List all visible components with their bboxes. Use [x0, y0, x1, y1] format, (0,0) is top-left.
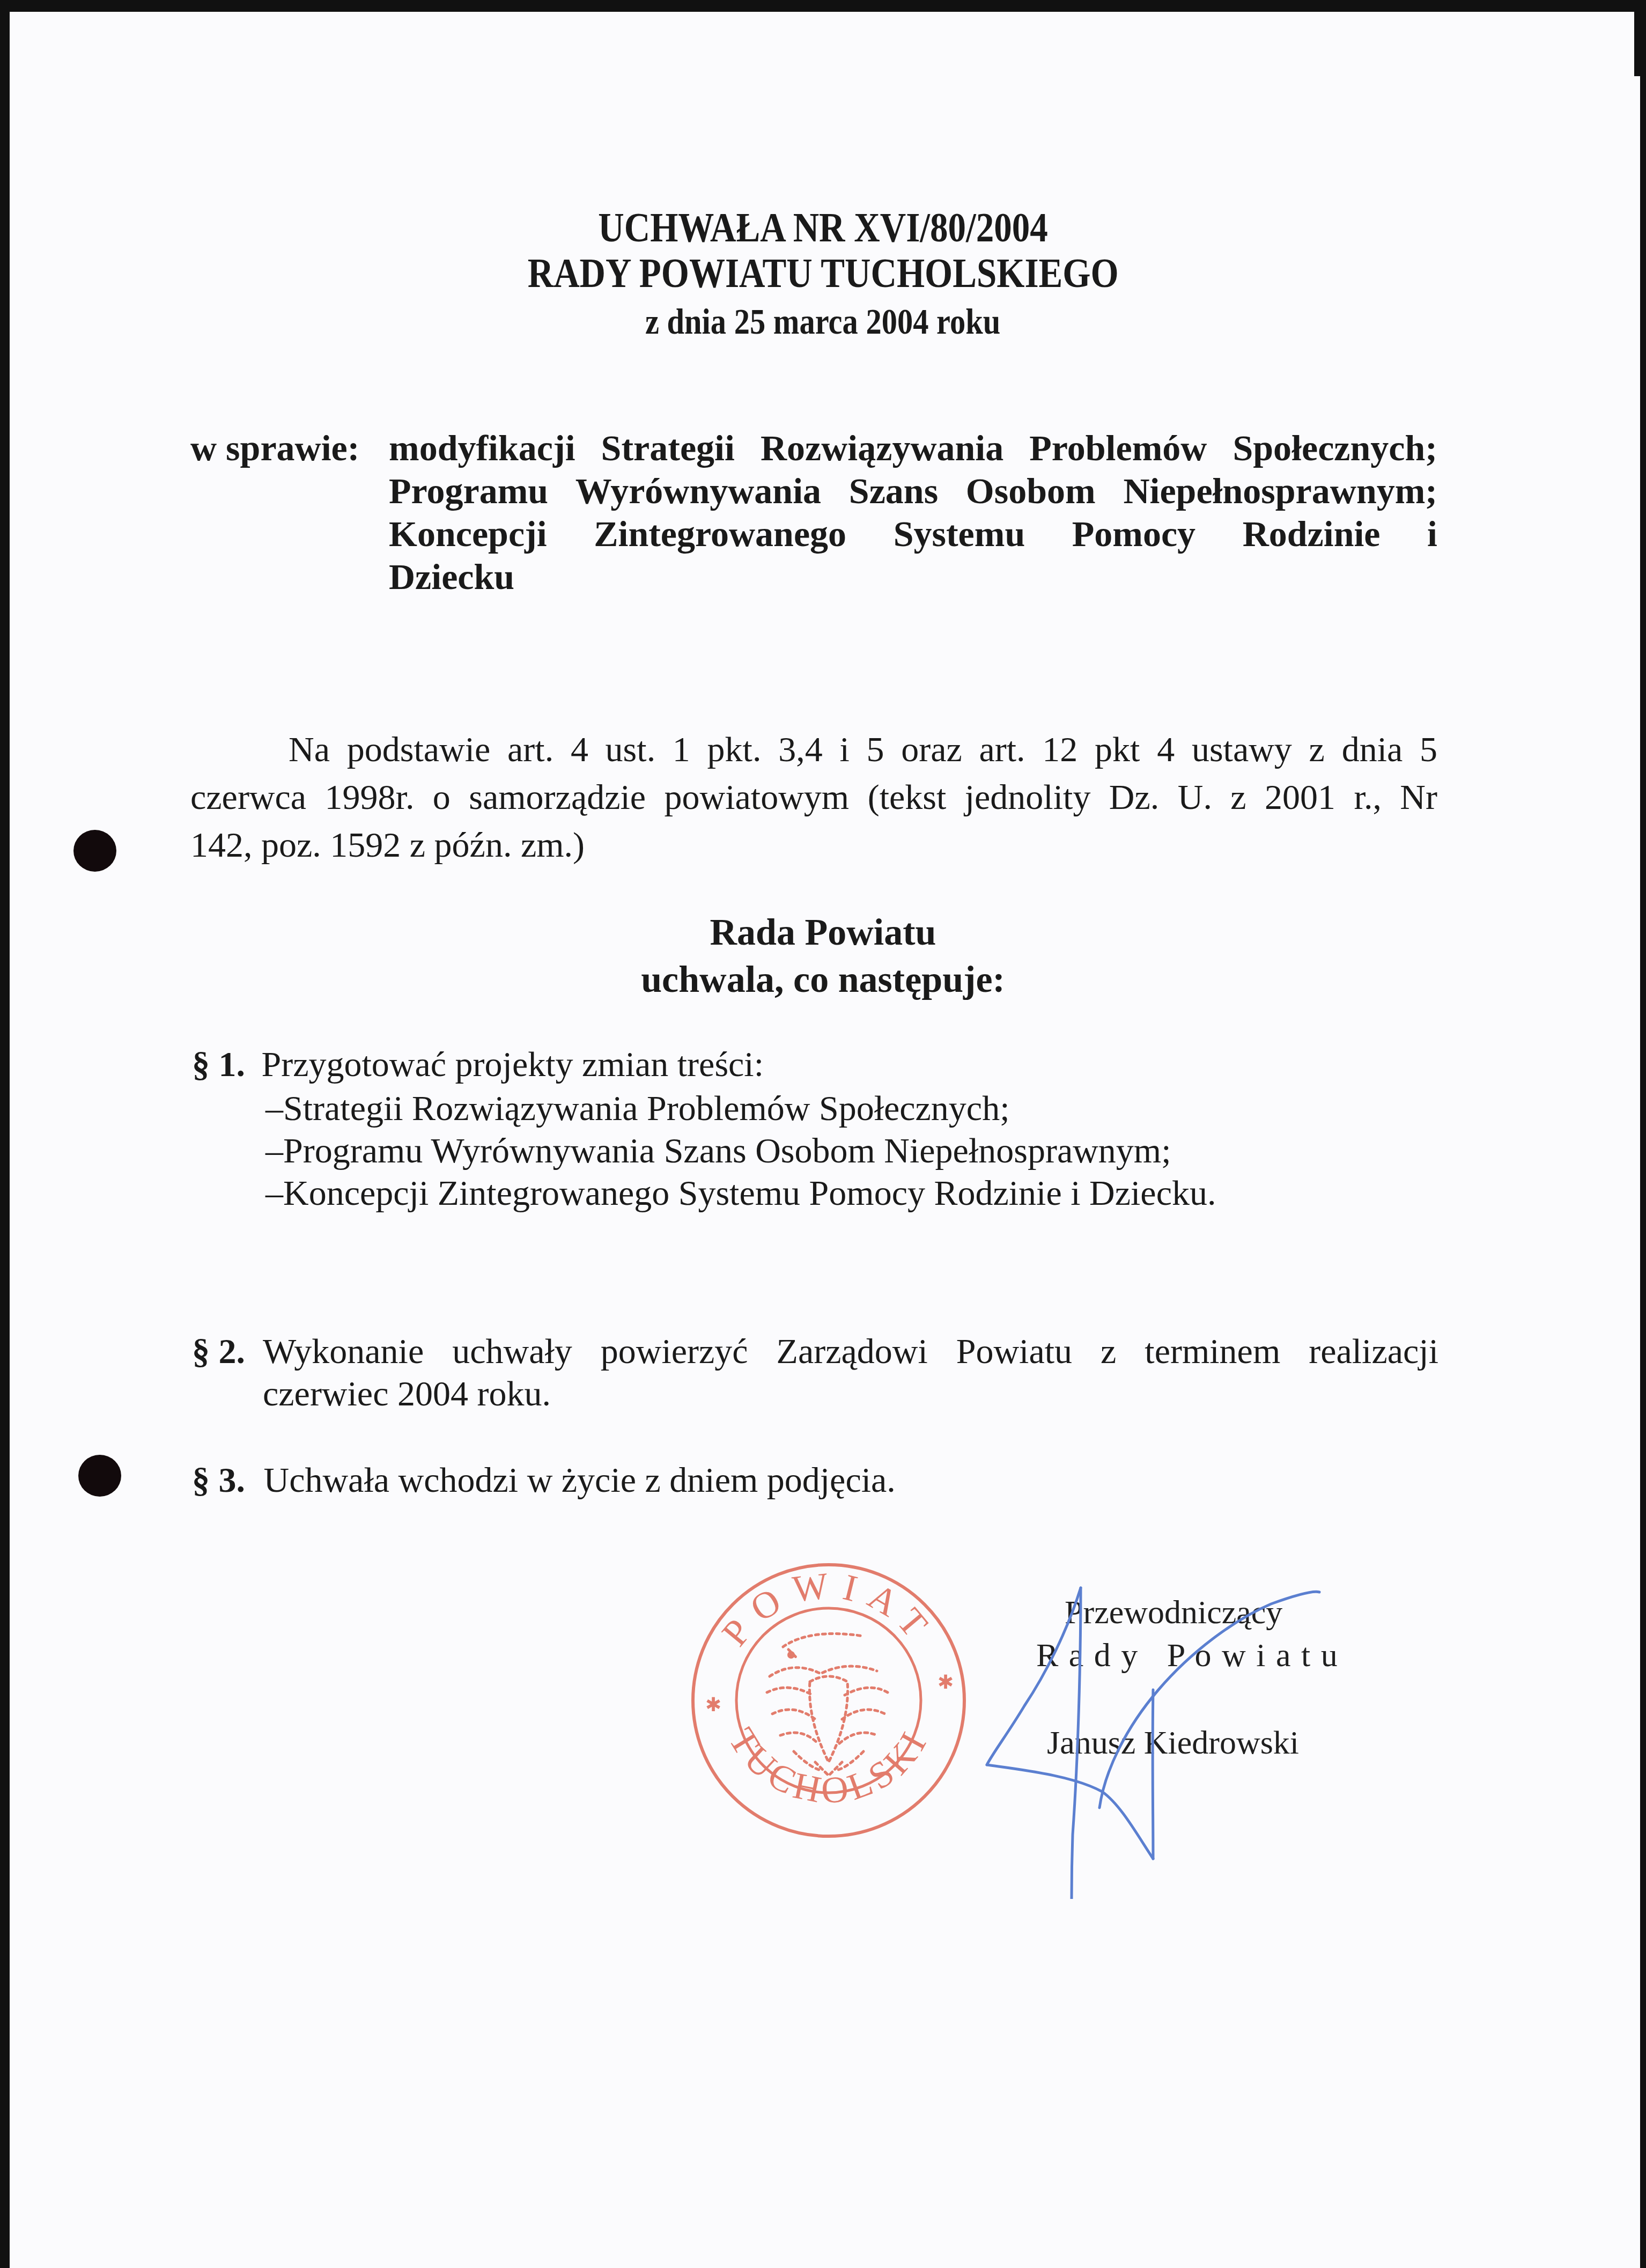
subject-text: modyfikacji Strategii Rozwiązywania Prob… — [389, 426, 1437, 598]
svg-text:✱: ✱ — [938, 1671, 954, 1693]
subject-line: Programu Wyrównywania Szans Osobom Niepe… — [389, 469, 1437, 512]
council-heading: Rada Powiatu — [0, 910, 1646, 955]
list-item: –Koncepcji Zintegrowanego Systemu Pomocy… — [265, 1172, 1216, 1214]
list-item: –Strategii Rozwiązywania Problemów Społe… — [265, 1087, 1216, 1130]
legal-basis: Na podstawie art. 4 ust. 1 pkt. 3,4 i 5 … — [190, 726, 1437, 869]
official-stamp: POWIAT TUCHOLSKI ✱ ✱ — [687, 1558, 971, 1843]
subject-label: w sprawie: — [190, 426, 359, 469]
resolution-date: z dnia 25 marca 2004 roku — [0, 300, 1646, 342]
paragraph-2-text: Wykonanie uchwały powierzyć Zarządowi Po… — [263, 1330, 1438, 1415]
list-item: –Programu Wyrównywania Szans Osobom Niep… — [265, 1130, 1216, 1172]
stamp-text-bottom: TUCHOLSKI — [720, 1721, 936, 1812]
legal-basis-line: czerwca 1998r. o samorządzie powiatowym … — [190, 774, 1437, 821]
signatory-body: R a d y P o w i a t u — [1036, 1639, 1339, 1672]
signatory-name: Janusz Kiedrowski — [1047, 1726, 1299, 1759]
punch-hole — [73, 830, 116, 872]
paragraph-line: czerwiec 2004 roku. — [263, 1373, 1438, 1415]
paragraph-line: Wykonanie uchwały powierzyć Zarządowi Po… — [263, 1330, 1438, 1373]
subject-line: Dziecku — [389, 555, 1437, 598]
title-line: RADY POWIATU TUCHOLSKIEGO — [527, 252, 1118, 294]
resolves-heading: uchwala, co następuje: — [0, 958, 1646, 1003]
paragraph-number: § 1. — [192, 1045, 245, 1084]
legal-basis-line: Na podstawie art. 4 ust. 1 pkt. 3,4 i 5 … — [190, 726, 1437, 774]
title-line: UCHWAŁA NR XVI/80/2004 — [598, 207, 1048, 248]
subject-line: Koncepcji Zintegrowanego Systemu Pomocy … — [389, 512, 1437, 555]
legal-basis-line: 142, poz. 1592 z późn. zm.) — [190, 821, 1437, 869]
paragraph-text: Uchwała wchodzi w życie z dniem podjęcia… — [264, 1461, 896, 1500]
paragraph-1-list: –Strategii Rozwiązywania Problemów Społe… — [265, 1087, 1216, 1214]
council-name: RADY POWIATU TUCHOLSKIEGO — [0, 252, 1646, 294]
scan-border — [1634, 12, 1640, 76]
signatory-role: Przewodniczący — [1065, 1596, 1282, 1629]
paragraph-text: Przygotować projekty zmian treści: — [262, 1045, 764, 1084]
subject-line: modyfikacji Strategii Rozwiązywania Prob… — [389, 426, 1437, 469]
title-line: z dnia 25 marca 2004 roku — [645, 300, 1000, 342]
punch-hole — [78, 1455, 121, 1497]
paragraph-1: § 1. Przygotować projekty zmian treści: — [192, 1043, 764, 1086]
paragraph-number: § 3. — [192, 1461, 245, 1500]
paragraph-2: § 2. — [192, 1330, 245, 1373]
paragraph-3: § 3. Uchwała wchodzi w życie z dniem pod… — [192, 1459, 896, 1501]
svg-text:✱: ✱ — [705, 1694, 721, 1715]
resolution-title: UCHWAŁA NR XVI/80/2004 — [0, 207, 1646, 248]
eagle-emblem-icon — [767, 1634, 888, 1776]
paragraph-number: § 2. — [192, 1332, 245, 1371]
